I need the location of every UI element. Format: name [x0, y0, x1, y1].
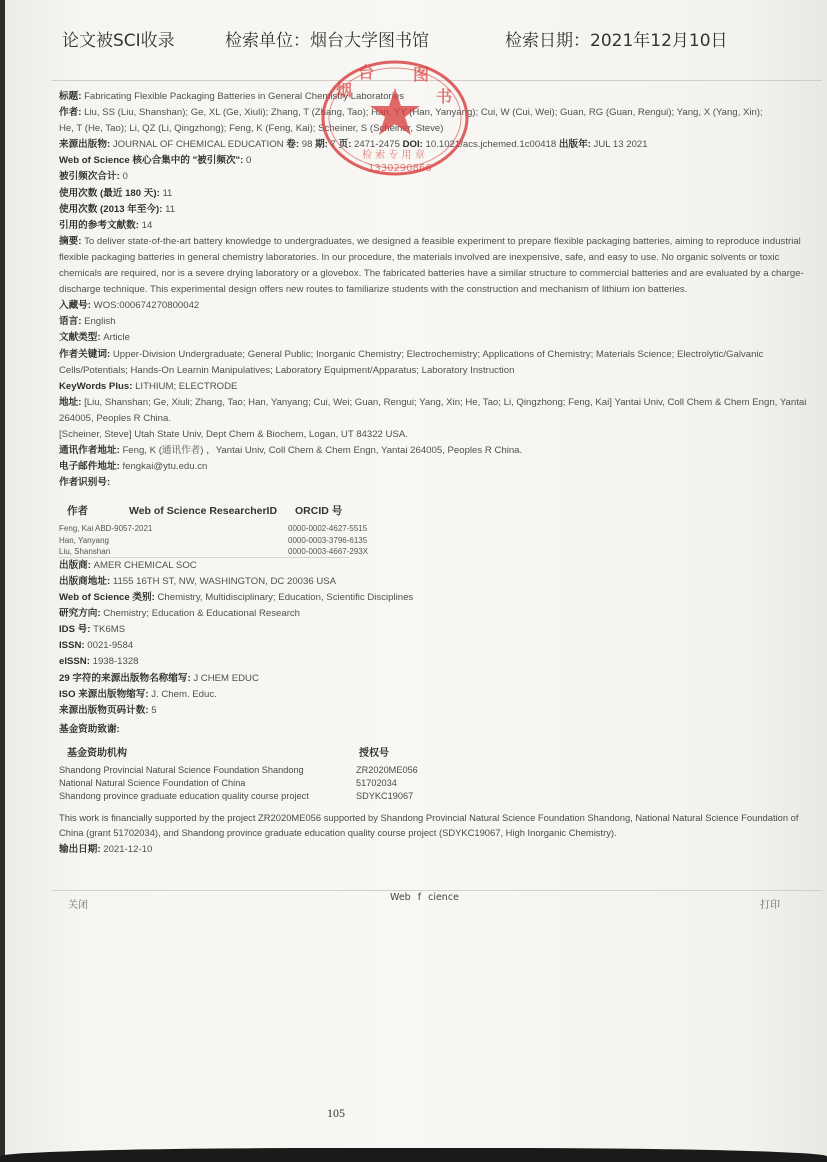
field-total-cited: 被引频次合计: 0: [59, 169, 819, 185]
scan-edge-bottom: [0, 1148, 827, 1162]
table-row: Shandong Provincial Natural Science Foun…: [59, 762, 819, 775]
field-funding: 基金资助致谢:: [59, 722, 819, 738]
email-link[interactable]: fengkai@ytu.edu.cn: [122, 461, 207, 472]
divider: [52, 80, 822, 81]
table-row: Liu, Shanshan0000-0003-4667-293X: [59, 544, 349, 556]
field-address: 地址: [Liu, Shanshan; Ge, Xiuli; Zhang, Ta…: [59, 395, 819, 427]
table-row: Han, Yanyang0000-0003-3796-6135: [59, 533, 349, 545]
indexed-by: 论文被SCI收录: [62, 26, 175, 51]
table-row: National Natural Science Foundation of C…: [59, 775, 819, 788]
field-refs: 引用的参考文献数: 14: [59, 218, 819, 234]
divider: [52, 890, 822, 891]
author-id-table: 作者 Web of Science ResearcherID ORCID 号 F…: [59, 503, 349, 558]
field-abbr29: 29 字符的来源出版物名称缩写: J CHEM EDUC: [59, 671, 819, 687]
wos-brand: Web f cience: [390, 892, 459, 903]
field-eissn: eISSN: 1938-1328: [59, 654, 819, 670]
field-wos-category: Web of Science 类别: Chemistry, Multidisci…: [59, 590, 819, 606]
author-table-header: 作者 Web of Science ResearcherID ORCID 号: [59, 503, 349, 521]
record-content: 标题: Fabricating Flexible Packaging Batte…: [59, 89, 819, 858]
doi-link[interactable]: 10.1021/acs.jchemed.1c00418: [426, 139, 557, 150]
field-usage-180: 使用次数 (最近 180 天): 11: [59, 186, 819, 202]
field-publisher: 出版商: AMER CHEMICAL SOC: [59, 558, 819, 574]
close-button[interactable]: 关闭: [68, 896, 88, 911]
field-author-keywords: 作者关键词: Upper-Division Undergraduate; Gen…: [59, 347, 819, 379]
field-research-area: 研究方向: Chemistry; Education & Educational…: [59, 606, 819, 622]
field-source: 来源出版物: JOURNAL OF CHEMICAL EDUCATION 卷: …: [59, 137, 819, 153]
field-author-ids: 作者识别号:: [59, 475, 819, 491]
funding-table-header: 基金资助机构 授权号: [59, 744, 819, 762]
field-doctype: 文献类型: Article: [59, 330, 819, 346]
table-row: Shandong province graduate education qua…: [59, 788, 819, 801]
print-button[interactable]: 打印: [760, 896, 780, 911]
page-number: 105: [327, 1106, 345, 1121]
field-keywords-plus: KeyWords Plus: LITHIUM; ELECTRODE: [59, 379, 819, 395]
field-usage-2013: 使用次数 (2013 年至今): 11: [59, 202, 819, 218]
field-accession: 入藏号: WOS:000674270800042: [59, 298, 819, 314]
field-title: 标题: Fabricating Flexible Packaging Batte…: [59, 89, 819, 105]
field-abstract: 摘要: To deliver state-of-the-art battery …: [59, 234, 819, 298]
search-unit: 检索单位：烟台大学图书馆: [225, 26, 429, 51]
funding-table: 基金资助机构 授权号 Shandong Provincial Natural S…: [59, 744, 819, 801]
field-issn: ISSN: 0021-9584: [59, 638, 819, 654]
field-language: 语言: English: [59, 314, 819, 330]
field-wos-cited: Web of Science 核心合集中的 "被引频次": 0: [59, 153, 819, 169]
svg-text:图: 图: [413, 65, 429, 84]
field-publisher-address: 出版商地址: 1155 16TH ST, NW, WASHINGTON, DC …: [59, 574, 819, 590]
field-output-date: 输出日期: 2021-12-10: [59, 842, 819, 858]
search-date: 检索日期：2021年12月10日: [505, 26, 728, 51]
field-authors-cont: He, T (He, Tao); Li, QZ (Li, Qingzhong);…: [59, 121, 819, 137]
field-ids: IDS 号: TK6MS: [59, 622, 819, 638]
funding-text: This work is financially supported by th…: [59, 810, 819, 840]
field-address-2: [Scheiner, Steve] Utah State Univ, Dept …: [59, 427, 819, 443]
page-header: 论文被SCI收录 检索单位：烟台大学图书馆 检索日期：2021年12月10日: [62, 22, 782, 56]
field-page-count: 来源出版物页码计数: 5: [59, 703, 819, 719]
scan-edge-left: [0, 0, 5, 1162]
field-authors: 作者: Liu, SS (Liu, Shanshan); Ge, XL (Ge,…: [59, 105, 819, 121]
field-email: 电子邮件地址: fengkai@ytu.edu.cn: [59, 459, 819, 475]
field-reprint-address: 通讯作者地址: Feng, K (通讯作者) ，Yantai Univ, Col…: [59, 443, 819, 459]
scanned-page: 论文被SCI收录 检索单位：烟台大学图书馆 检索日期：2021年12月10日 标…: [0, 0, 827, 1162]
table-row: Feng, KaiABD-9057-20210000-0002-4627-551…: [59, 521, 349, 533]
field-iso-abbr: ISO 来源出版物缩写: J. Chem. Educ.: [59, 687, 819, 703]
